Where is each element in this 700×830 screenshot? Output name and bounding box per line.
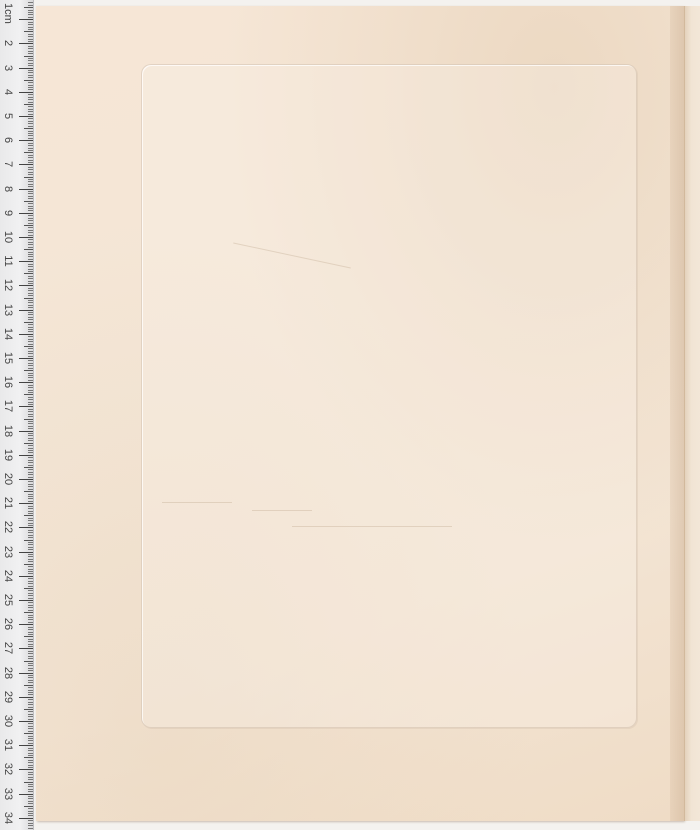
ruler-tick	[28, 559, 33, 560]
ruler-tick	[28, 731, 33, 732]
ruler-tick	[28, 561, 33, 562]
ruler-label: 33	[2, 784, 14, 804]
ruler-tick	[24, 201, 33, 202]
ruler-label: 31	[2, 735, 14, 755]
ruler-tick	[28, 665, 33, 666]
ruler-tick	[28, 317, 33, 318]
ruler-tick	[28, 716, 33, 717]
ruler-tick	[28, 484, 33, 485]
ruler-tick	[28, 460, 33, 461]
ruler-label: 30	[2, 711, 14, 731]
ruler-tick	[19, 261, 33, 262]
ruler-tick	[28, 271, 33, 272]
ruler-tick	[28, 784, 33, 785]
ruler-tick	[28, 518, 33, 519]
ruler-tick	[28, 269, 33, 270]
ruler-tick	[28, 157, 33, 158]
ruler-tick	[28, 155, 33, 156]
ruler-tick	[19, 310, 33, 311]
ruler-tick	[28, 70, 33, 71]
ruler-tick	[28, 699, 33, 700]
ruler-tick	[28, 72, 33, 73]
ruler-tick	[28, 743, 33, 744]
ruler-tick	[28, 193, 33, 194]
ruler-tick	[24, 661, 33, 662]
ruler-tick	[28, 772, 33, 773]
ruler-tick	[28, 646, 33, 647]
ruler-tick	[28, 762, 33, 763]
ruler-tick	[24, 80, 33, 81]
ruler-tick	[28, 348, 33, 349]
ruler-tick	[28, 232, 33, 233]
ruler-tick	[28, 489, 33, 490]
ruler-tick	[28, 184, 33, 185]
plate-mark	[141, 64, 637, 728]
faint-emboss-mark	[292, 526, 452, 527]
ruler-tick	[24, 419, 33, 420]
ruler-tick	[28, 254, 33, 255]
ruler-tick	[28, 220, 33, 221]
ruler-tick	[28, 102, 33, 103]
ruler-tick	[28, 513, 33, 514]
ruler-tick	[28, 118, 33, 119]
ruler-tick	[28, 598, 33, 599]
ruler-tick	[24, 467, 33, 468]
ruler-tick	[28, 421, 33, 422]
ruler-tick	[24, 394, 33, 395]
ruler-tick	[28, 89, 33, 90]
ruler-tick	[28, 293, 33, 294]
ruler-tick	[28, 469, 33, 470]
ruler-tick	[28, 210, 33, 211]
ruler-tick	[28, 307, 33, 308]
ruler-tick	[28, 218, 33, 219]
ruler-tick	[28, 162, 33, 163]
ruler-tick	[28, 767, 33, 768]
ruler-tick	[28, 126, 33, 127]
ruler-label: 18	[2, 421, 14, 441]
ruler-tick	[28, 305, 33, 306]
ruler-tick	[28, 281, 33, 282]
ruler-tick	[28, 789, 33, 790]
ruler-tick	[28, 823, 33, 824]
ruler-tick	[28, 828, 33, 829]
ruler-tick	[28, 573, 33, 574]
ruler-tick	[28, 711, 33, 712]
ruler-tick	[28, 160, 33, 161]
ruler-tick	[28, 462, 33, 463]
ruler-tick	[28, 486, 33, 487]
ruler-tick	[28, 452, 33, 453]
ruler-tick	[28, 677, 33, 678]
ruler-tick	[28, 22, 33, 23]
ruler-tick	[24, 152, 33, 153]
ruler-tick	[28, 60, 33, 61]
ruler-tick	[19, 600, 33, 601]
ruler-label: 25	[2, 590, 14, 610]
ruler-tick	[24, 298, 33, 299]
ruler-tick	[24, 128, 33, 129]
ruler-tick	[28, 651, 33, 652]
ruler-tick	[28, 682, 33, 683]
ruler-tick	[28, 252, 33, 253]
adjacent-page-edge	[684, 6, 700, 821]
ruler-tick	[28, 774, 33, 775]
ruler-tick	[28, 414, 33, 415]
ruler-tick	[28, 375, 33, 376]
ruler-tick	[28, 692, 33, 693]
ruler-tick	[28, 392, 33, 393]
ruler-tick	[28, 53, 33, 54]
ruler-tick	[24, 104, 33, 105]
ruler-tick	[28, 123, 33, 124]
ruler-tick	[28, 704, 33, 705]
ruler-label: 11	[2, 251, 14, 271]
ruler-tick	[28, 135, 33, 136]
ruler-tick	[28, 353, 33, 354]
ruler-tick	[28, 87, 33, 88]
ruler-tick	[28, 169, 33, 170]
ruler-tick	[28, 750, 33, 751]
ruler-tick	[28, 593, 33, 594]
ruler-tick	[28, 356, 33, 357]
ruler-tick	[24, 249, 33, 250]
ruler-tick	[28, 206, 33, 207]
ruler-tick	[28, 644, 33, 645]
ruler-tick	[28, 85, 33, 86]
ruler-tick	[28, 409, 33, 410]
ruler-tick	[24, 7, 33, 8]
ruler-label: 7	[2, 154, 14, 174]
ruler-tick	[28, 506, 33, 507]
ruler-tick	[28, 82, 33, 83]
ruler-tick	[28, 748, 33, 749]
ruler-tick	[28, 610, 33, 611]
ruler-tick	[19, 769, 33, 770]
ruler-tick	[28, 457, 33, 458]
ruler-tick	[28, 815, 33, 816]
ruler-tick	[28, 266, 33, 267]
ruler-tick	[28, 336, 33, 337]
ruler-tick	[28, 753, 33, 754]
ruler-tick	[28, 324, 33, 325]
ruler-tick	[28, 474, 33, 475]
ruler-tick	[28, 426, 33, 427]
ruler-tick	[24, 56, 33, 57]
ruler-tick	[28, 694, 33, 695]
ruler-tick	[19, 455, 33, 456]
ruler-tick	[28, 51, 33, 52]
ruler-label: 23	[2, 542, 14, 562]
ruler-tick	[24, 491, 33, 492]
ruler-tick	[28, 438, 33, 439]
ruler-tick	[28, 94, 33, 95]
ruler-tick	[19, 479, 33, 480]
ruler-label: 27	[2, 638, 14, 658]
ruler-tick	[28, 554, 33, 555]
ruler-label: 8	[2, 179, 14, 199]
ruler-tick	[24, 322, 33, 323]
ruler-tick	[19, 552, 33, 553]
ruler-tick	[28, 440, 33, 441]
ruler-tick	[28, 63, 33, 64]
ruler-tick	[28, 111, 33, 112]
ruler-label: 2	[2, 33, 14, 53]
ruler-tick	[24, 685, 33, 686]
ruler-tick	[28, 632, 33, 633]
ruler-tick	[28, 312, 33, 313]
ruler-tick	[28, 256, 33, 257]
ruler-tick	[28, 288, 33, 289]
ruler-label: 3	[2, 58, 14, 78]
ruler-tick	[28, 535, 33, 536]
ruler-tick	[28, 203, 33, 204]
ruler-tick	[28, 377, 33, 378]
ruler-tick	[28, 619, 33, 620]
ruler-tick	[24, 757, 33, 758]
ruler-tick	[28, 656, 33, 657]
ruler-tick	[28, 435, 33, 436]
ruler-tick	[28, 811, 33, 812]
ruler-tick	[28, 10, 33, 11]
ruler-tick	[28, 227, 33, 228]
ruler-tick	[28, 508, 33, 509]
ruler-tick	[28, 547, 33, 548]
ruler-tick	[28, 327, 33, 328]
ruler-tick	[19, 285, 33, 286]
ruler-label: 19	[2, 445, 14, 465]
ruler-label: 29	[2, 687, 14, 707]
ruler-tick	[28, 496, 33, 497]
ruler-tick	[28, 121, 33, 122]
ruler-tick	[28, 590, 33, 591]
ruler-tick	[24, 588, 33, 589]
ruler-tick	[28, 46, 33, 47]
ruler-tick	[28, 423, 33, 424]
ruler-label: 9	[2, 203, 14, 223]
ruler-label: 17	[2, 396, 14, 416]
ruler-tick	[28, 738, 33, 739]
ruler-tick	[28, 283, 33, 284]
ruler-label: 22	[2, 517, 14, 537]
ruler-tick	[28, 615, 33, 616]
ruler-tick	[24, 806, 33, 807]
ruler-tick	[28, 511, 33, 512]
ruler-tick	[28, 595, 33, 596]
ruler-tick	[24, 709, 33, 710]
ruler-tick	[28, 707, 33, 708]
measurement-ruler: 1cm2345678910111213141516171819202122232…	[0, 0, 34, 830]
ruler-tick	[28, 27, 33, 28]
ruler-tick	[28, 331, 33, 332]
ruler-label: 1cm	[2, 3, 14, 23]
ruler-tick	[28, 675, 33, 676]
ruler-tick	[28, 5, 33, 6]
ruler-tick	[24, 612, 33, 613]
ruler-tick	[19, 334, 33, 335]
ruler-tick	[28, 798, 33, 799]
ruler-tick	[28, 387, 33, 388]
ruler-tick	[28, 465, 33, 466]
ruler-tick	[28, 765, 33, 766]
ruler-tick	[28, 530, 33, 531]
ruler-tick	[28, 97, 33, 98]
ruler-tick	[28, 339, 33, 340]
ruler-tick	[28, 314, 33, 315]
ruler-tick	[19, 431, 33, 432]
ruler-tick	[19, 19, 33, 20]
ruler-tick	[28, 760, 33, 761]
ruler-tick	[28, 450, 33, 451]
ruler-tick	[24, 782, 33, 783]
ruler-tick	[28, 663, 33, 664]
ruler-tick	[19, 624, 33, 625]
ruler-tick	[28, 223, 33, 224]
ruler-tick	[28, 581, 33, 582]
ruler-tick	[28, 605, 33, 606]
ruler-tick	[28, 385, 33, 386]
ruler-label: 5	[2, 106, 14, 126]
ruler-tick	[19, 527, 33, 528]
ruler-tick	[28, 402, 33, 403]
ruler-tick	[28, 556, 33, 557]
ruler-tick	[28, 150, 33, 151]
ruler-tick	[28, 416, 33, 417]
ruler-tick	[28, 723, 33, 724]
ruler-tick	[28, 48, 33, 49]
ruler-tick	[28, 300, 33, 301]
ruler-label: 13	[2, 300, 14, 320]
ruler-label: 4	[2, 82, 14, 102]
ruler-tick	[28, 803, 33, 804]
ruler-label: 21	[2, 493, 14, 513]
ruler-tick	[28, 629, 33, 630]
ruler-tick	[28, 167, 33, 168]
ruler-tick	[19, 358, 33, 359]
ruler-tick	[28, 668, 33, 669]
ruler-tick	[28, 532, 33, 533]
ruler-tick	[28, 653, 33, 654]
ruler-tick	[28, 179, 33, 180]
ruler-tick	[28, 198, 33, 199]
ruler-tick	[28, 319, 33, 320]
ruler-tick	[28, 344, 33, 345]
ruler-tick	[24, 443, 33, 444]
ruler-tick	[28, 411, 33, 412]
ruler-label: 24	[2, 566, 14, 586]
ruler-tick	[28, 755, 33, 756]
ruler-tick	[28, 302, 33, 303]
scanned-page	[36, 6, 684, 821]
ruler-tick	[28, 399, 33, 400]
ruler-tick	[28, 145, 33, 146]
ruler-tick	[19, 140, 33, 141]
ruler-tick	[28, 341, 33, 342]
ruler-tick	[28, 639, 33, 640]
faint-emboss-mark	[233, 243, 351, 269]
ruler-tick	[28, 728, 33, 729]
ruler-tick	[28, 239, 33, 240]
ruler-tick	[19, 382, 33, 383]
ruler-tick	[28, 448, 33, 449]
ruler-tick	[28, 172, 33, 173]
ruler-tick	[28, 181, 33, 182]
ruler-tick	[28, 208, 33, 209]
ruler-tick	[28, 523, 33, 524]
ruler-tick	[28, 481, 33, 482]
ruler-tick	[28, 2, 33, 3]
ruler-label: 10	[2, 227, 14, 247]
ruler-tick	[28, 525, 33, 526]
ruler-tick	[28, 617, 33, 618]
ruler-tick	[24, 540, 33, 541]
ruler-tick	[28, 820, 33, 821]
ruler-tick	[19, 189, 33, 190]
ruler-tick	[28, 445, 33, 446]
ruler-tick	[24, 177, 33, 178]
ruler-tick	[28, 791, 33, 792]
ruler-tick	[28, 36, 33, 37]
faint-emboss-mark	[162, 502, 232, 503]
ruler-label: 26	[2, 614, 14, 634]
ruler-tick	[28, 736, 33, 737]
ruler-tick	[19, 818, 33, 819]
ruler-tick	[19, 164, 33, 165]
ruler-tick	[28, 230, 33, 231]
ruler-tick	[28, 627, 33, 628]
ruler-label: 16	[2, 372, 14, 392]
ruler-tick	[24, 733, 33, 734]
ruler-tick	[28, 259, 33, 260]
ruler-tick	[28, 569, 33, 570]
ruler-tick	[19, 92, 33, 93]
ruler-tick	[28, 133, 33, 134]
ruler-tick	[28, 433, 33, 434]
ruler-tick	[28, 622, 33, 623]
ruler-tick	[28, 537, 33, 538]
ruler-label: 32	[2, 759, 14, 779]
ruler-tick	[28, 586, 33, 587]
ruler-tick	[28, 719, 33, 720]
ruler-tick	[28, 363, 33, 364]
ruler-tick	[24, 515, 33, 516]
ruler-tick	[28, 641, 33, 642]
ruler-tick	[28, 295, 33, 296]
ruler-tick	[28, 77, 33, 78]
ruler-label: 14	[2, 324, 14, 344]
ruler-tick	[28, 191, 33, 192]
ruler-tick	[28, 602, 33, 603]
ruler-tick	[28, 566, 33, 567]
ruler-tick	[28, 186, 33, 187]
ruler-tick	[19, 237, 33, 238]
ruler-label: 15	[2, 348, 14, 368]
ruler-tick	[28, 41, 33, 42]
ruler-tick	[19, 721, 33, 722]
ruler-tick	[28, 329, 33, 330]
ruler-tick	[28, 779, 33, 780]
ruler-tick	[28, 520, 33, 521]
ruler-tick	[28, 106, 33, 107]
ruler-tick	[28, 368, 33, 369]
ruler-tick	[28, 196, 33, 197]
ruler-tick	[28, 264, 33, 265]
ruler-tick	[28, 740, 33, 741]
ruler-tick	[19, 406, 33, 407]
ruler-tick	[19, 648, 33, 649]
ruler-tick	[28, 39, 33, 40]
ruler-tick	[28, 501, 33, 502]
